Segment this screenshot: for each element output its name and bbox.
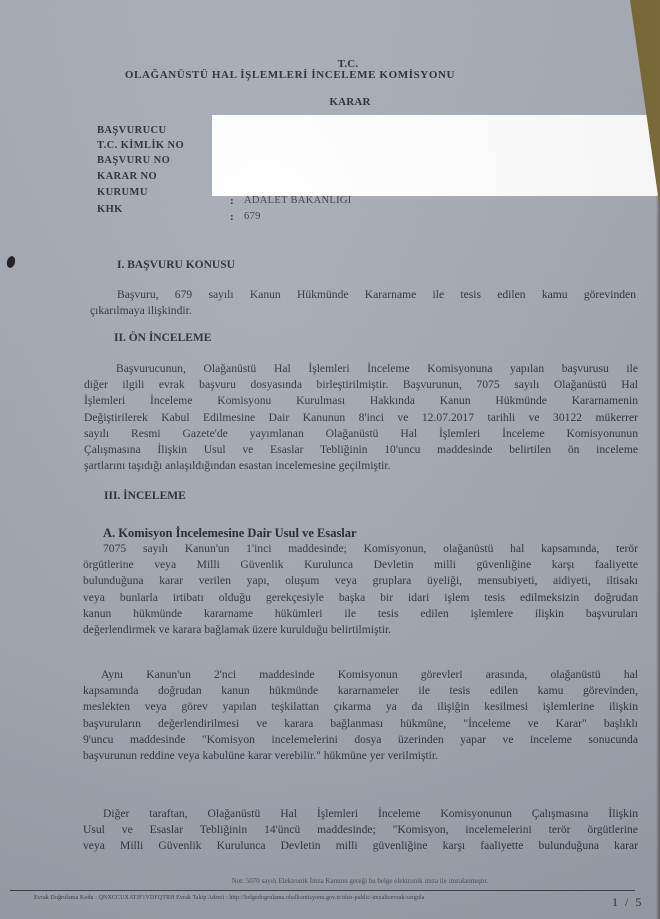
section-3-paragraph-3: Diğer taraftan, Olağanüstü Hal İşlemleri… (83, 806, 638, 855)
section-2-text: Başvurucunun, Olağanüstü Hal İşlemleri İ… (84, 361, 638, 474)
meta-label-tc-kimlik: T.C. KİMLİK NO (97, 138, 184, 153)
document-page: T.C. OLAĞANÜSTÜ HAL İŞLEMLERİ İNCELEME K… (0, 0, 660, 919)
section-3-paragraph-2: Aynı Kanun'un 2'nci maddesinde Komisyonu… (83, 667, 638, 764)
meta-colon-khk: : (230, 211, 234, 223)
page-edge-shadow (656, 195, 660, 919)
meta-label-basvuru-no: BAŞVURU NO (97, 153, 170, 168)
meta-colon-kurumu: : (230, 195, 234, 207)
meta-value-khk: 679 (244, 211, 261, 222)
footer-esignature-note: Not: 5070 sayılı Elektronik İmza Kanunu … (0, 877, 660, 885)
section-3-paragraph-1: 7075 sayılı Kanun'un 1'inci maddesinde; … (83, 541, 638, 638)
page-number: 1 / 5 (612, 895, 643, 910)
footer-divider (10, 890, 635, 891)
meta-value-kurumu: ADALET BAKANLIĞI (244, 195, 352, 206)
header-title: OLAĞANÜSTÜ HAL İŞLEMLERİ İNCELEME KOMİSY… (0, 69, 620, 81)
meta-label-basvurucu: BAŞVURUCU (97, 123, 167, 138)
footer-verification-code: Evrak Doğrulama Kodu : QNXCCUXATJF1VDFQT… (34, 895, 424, 901)
meta-label-khk: KHK (97, 202, 123, 217)
section-1-text: Başvuru, 679 sayılı Kanun Hükmünde Karar… (90, 287, 636, 319)
section-2-heading: II. ÖN İNCELEME (114, 332, 211, 344)
section-3-heading: III. İNCELEME (104, 490, 186, 502)
ink-blot (6, 255, 17, 269)
meta-label-kurumu: KURUMU (97, 185, 148, 200)
redaction-box (212, 115, 660, 196)
header-karar: KARAR (20, 96, 660, 108)
section-3a-subheading: A. Komisyon İncelemesine Dair Usul ve Es… (103, 526, 357, 541)
meta-label-karar-no: KARAR NO (97, 169, 157, 184)
section-1-heading: I. BAŞVURU KONUSU (117, 259, 235, 271)
